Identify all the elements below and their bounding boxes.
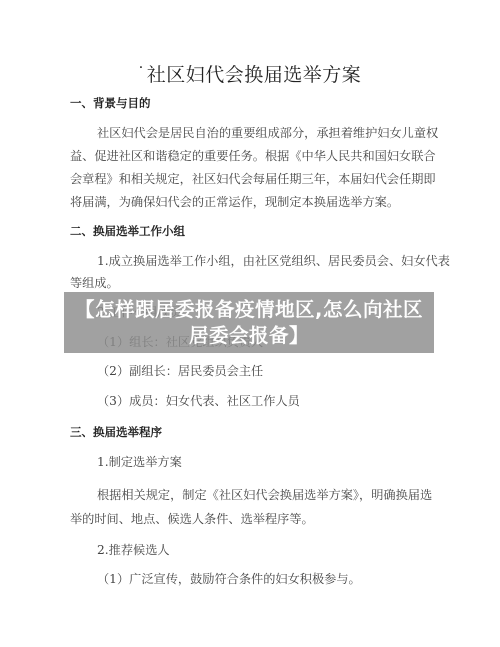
section-heading-3: 三、换届选举程序 — [70, 424, 440, 440]
section-heading-1: 一、背景与目的 — [70, 95, 440, 111]
list-item: （1）广泛宣传，鼓励符合条件的妇女积极参与。 — [97, 570, 467, 587]
overlay-banner: 【怎样跟居委报备疫情地区,怎么向社区居委会报备】 — [64, 292, 434, 353]
paragraph-line: 会章程》和相关规定，社区妇代会每届任期三年，本届妇代会任期即 — [70, 170, 440, 187]
list-item: （3）成员：妇女代表、社区工作人员 — [97, 392, 467, 409]
paragraph-line: 1.成立换届选举工作小组，由社区党组织、居民委员会、妇女代表 — [97, 252, 467, 269]
paragraph-line: 社区妇代会是居民自治的重要组成部分，承担着维护妇女儿童权 — [97, 124, 467, 141]
paragraph-line: 1.制定选举方案 — [97, 453, 467, 470]
title-text: 社区妇代会换届选举方案 — [147, 64, 362, 86]
title-mark: · — [139, 60, 144, 76]
paragraph-line: 将届满，为确保妇代会的正常运作，现制定本换届选举方案。 — [70, 193, 440, 210]
section-heading-2: 二、换届选举工作小组 — [70, 223, 440, 239]
paragraph-line: 益、促进社区和谐稳定的重要任务。根据《中华人民共和国妇女联合 — [70, 147, 440, 164]
paragraph-line: 等组成。 — [70, 274, 440, 291]
overlay-banner-text: 【怎样跟居委报备疫情地区,怎么向社区居委会报备】 — [64, 297, 434, 349]
paragraph-line: 举的时间、地点、候选人条件、选举程序等。 — [70, 510, 440, 527]
paragraph-line: 根据相关规定，制定《社区妇代会换届选举方案》，明确换届选 — [97, 486, 467, 503]
paragraph-line: 2.推荐候选人 — [97, 541, 467, 558]
list-item: （2）副组长：居民委员会主任 — [97, 362, 467, 379]
document-title: ·社区妇代会换届选举方案 — [0, 60, 500, 87]
